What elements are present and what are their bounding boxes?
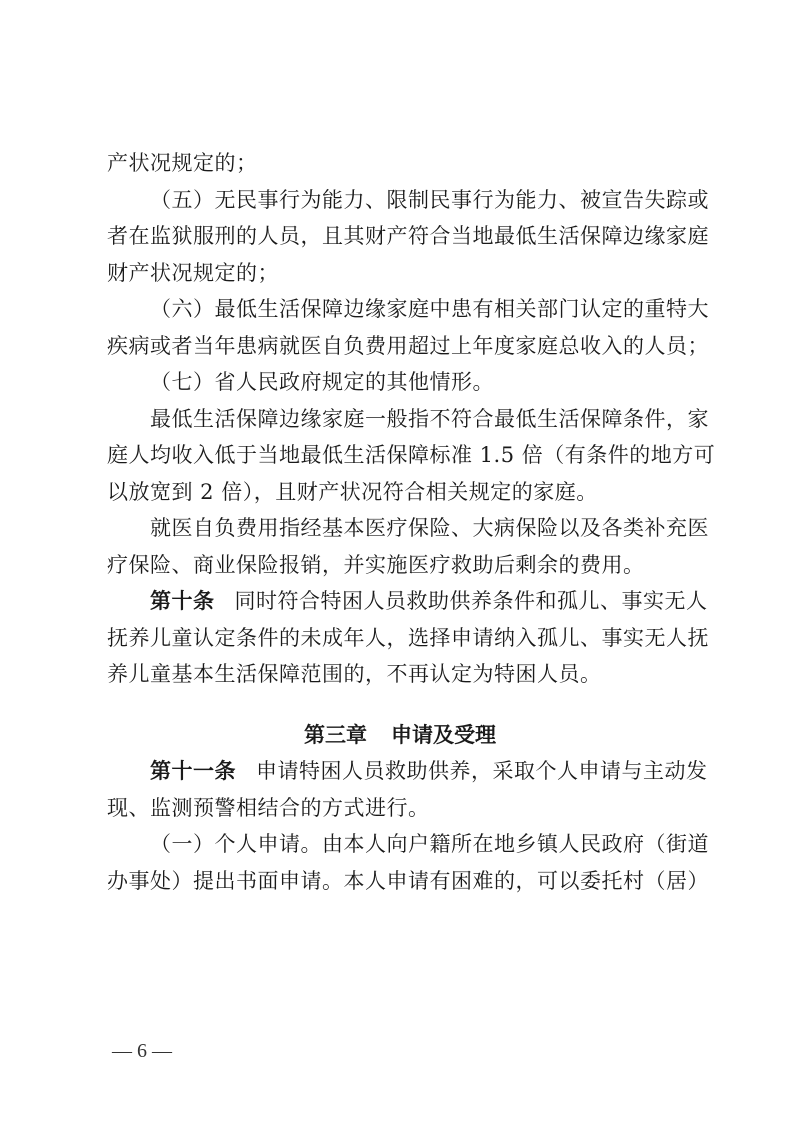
paragraph-group: 产状况规定的； （五）无民事行为能力、限制民事行为能力、被宣告失踪或 者在监狱服… (107, 145, 693, 583)
text-line: 养儿童基本生活保障范围的，不再认定为特困人员。 (107, 656, 693, 693)
text-line: 产状况规定的； (107, 145, 693, 182)
article-label: 第十条 (150, 589, 215, 613)
text-line: 财产状况规定的； (107, 255, 693, 292)
text-line: 以放宽到 2 倍），且财产状况符合相关规定的家庭。 (107, 474, 693, 511)
chapter-heading: 第三章申请及受理 (107, 717, 693, 754)
text-line: 第十一条申请特困人员救助供养，采取个人申请与主动发 (107, 753, 693, 790)
article-10: 第十条同时符合特困人员救助供养条件和孤儿、事实无人 抚养儿童认定条件的未成年人，… (107, 583, 693, 693)
page-number: — 6 — (112, 1040, 172, 1063)
text-line: 者在监狱服刑的人员，且其财产符合当地最低生活保障边缘家庭 (107, 218, 693, 255)
text-line: 庭人均收入低于当地最低生活保障标准 1.5 倍（有条件的地方可 (107, 437, 693, 474)
article-11: 第十一条申请特困人员救助供养，采取个人申请与主动发 现、监测预警相结合的方式进行… (107, 753, 693, 899)
text-line: 疾病或者当年患病就医自负费用超过上年度家庭总收入的人员； (107, 328, 693, 365)
text-line: 现、监测预警相结合的方式进行。 (107, 790, 693, 827)
article-text: 同时符合特困人员救助供养条件和孤儿、事实无人 (235, 589, 708, 613)
chapter-title: 申请及受理 (391, 723, 496, 747)
text-line: 第十条同时符合特困人员救助供养条件和孤儿、事实无人 (107, 583, 693, 620)
text-line: 就医自负费用指经基本医疗保险、大病保险以及各类补充医 (107, 510, 693, 547)
text-line: （一）个人申请。由本人向户籍所在地乡镇人民政府（街道 (107, 826, 693, 863)
article-text: 申请特困人员救助供养，采取个人申请与主动发 (256, 759, 708, 783)
chapter-number: 第三章 (304, 723, 367, 747)
text-line: 最低生活保障边缘家庭一般指不符合最低生活保障条件，家 (107, 401, 693, 438)
text-line: （五）无民事行为能力、限制民事行为能力、被宣告失踪或 (107, 182, 693, 219)
text-line: （七）省人民政府规定的其他情形。 (107, 364, 693, 401)
text-line: （六）最低生活保障边缘家庭中患有相关部门认定的重特大 (107, 291, 693, 328)
article-label: 第十一条 (150, 759, 236, 783)
document-page: 产状况规定的； （五）无民事行为能力、限制民事行为能力、被宣告失踪或 者在监狱服… (107, 145, 693, 899)
text-line: 抚养儿童认定条件的未成年人，选择申请纳入孤儿、事实无人抚 (107, 620, 693, 657)
text-line: 疗保险、商业保险报销，并实施医疗救助后剩余的费用。 (107, 547, 693, 584)
text-line: 办事处）提出书面申请。本人申请有困难的，可以委托村（居） (107, 863, 693, 900)
